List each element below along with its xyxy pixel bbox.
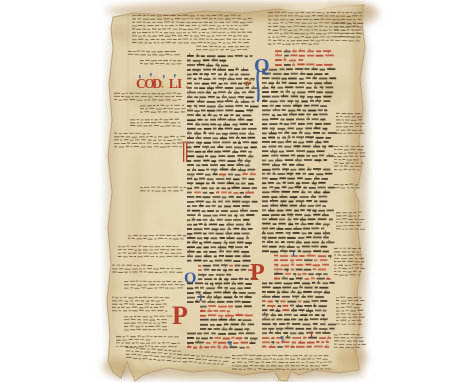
stain	[115, 366, 365, 380]
ornament-e-glyph: e	[245, 78, 249, 88]
paraph-red-low: I	[310, 330, 313, 339]
heading-accent	[150, 73, 152, 76]
rubric-heading-text: COD.LI.	[136, 73, 189, 91]
initial-q-tail	[257, 72, 258, 101]
mottle-spot	[277, 311, 305, 324]
mottle-spot	[241, 349, 264, 363]
heading-accent	[174, 74, 176, 77]
heading-letter: I	[177, 76, 182, 91]
ornament-e-gold-dot	[249, 79, 252, 82]
paraph-blue-mid-glyph: I	[292, 249, 295, 258]
stain	[110, 23, 130, 41]
mottle-spot	[138, 357, 145, 367]
initial-p-left-glyph: P	[172, 301, 188, 330]
mottle-spot	[320, 116, 330, 129]
paraph-blue-mid: I	[292, 249, 295, 258]
pilcrow-blue-1: ¶	[228, 340, 232, 349]
paraph-red-low-glyph: I	[310, 330, 313, 339]
rubric-heading: COD.LI.	[136, 73, 189, 91]
heading-accent	[163, 75, 165, 78]
initial-p-left: P	[172, 301, 188, 330]
heading-letter: .	[185, 76, 188, 91]
initial-o-glyph: O	[184, 270, 196, 287]
initial-p-right: P	[250, 260, 265, 286]
initial-p-right-glyph: P	[250, 260, 265, 286]
mottle-spot	[147, 150, 158, 163]
stain	[105, 35, 115, 365]
heading-letter: .	[161, 76, 164, 91]
initial-o: O	[184, 270, 196, 287]
initial-i-small-glyph: I	[199, 293, 203, 303]
stain	[102, 358, 134, 376]
stain	[336, 347, 368, 369]
manuscript-photo: COD.LI. QeOIPPII¶¶	[0, 0, 468, 382]
stain	[350, 25, 368, 375]
heading-accent	[139, 75, 141, 78]
initial-i-small: I	[199, 293, 203, 303]
parchment-leaf: COD.LI. QeOIPPII¶¶	[0, 0, 468, 382]
pilcrow-blue-2: ¶	[280, 335, 284, 343]
light-patch	[282, 3, 362, 15]
pilcrow-blue-1-glyph: ¶	[228, 340, 232, 349]
initial-q-glyph: Q	[254, 55, 270, 77]
pilcrow-blue-2-glyph: ¶	[280, 335, 284, 343]
